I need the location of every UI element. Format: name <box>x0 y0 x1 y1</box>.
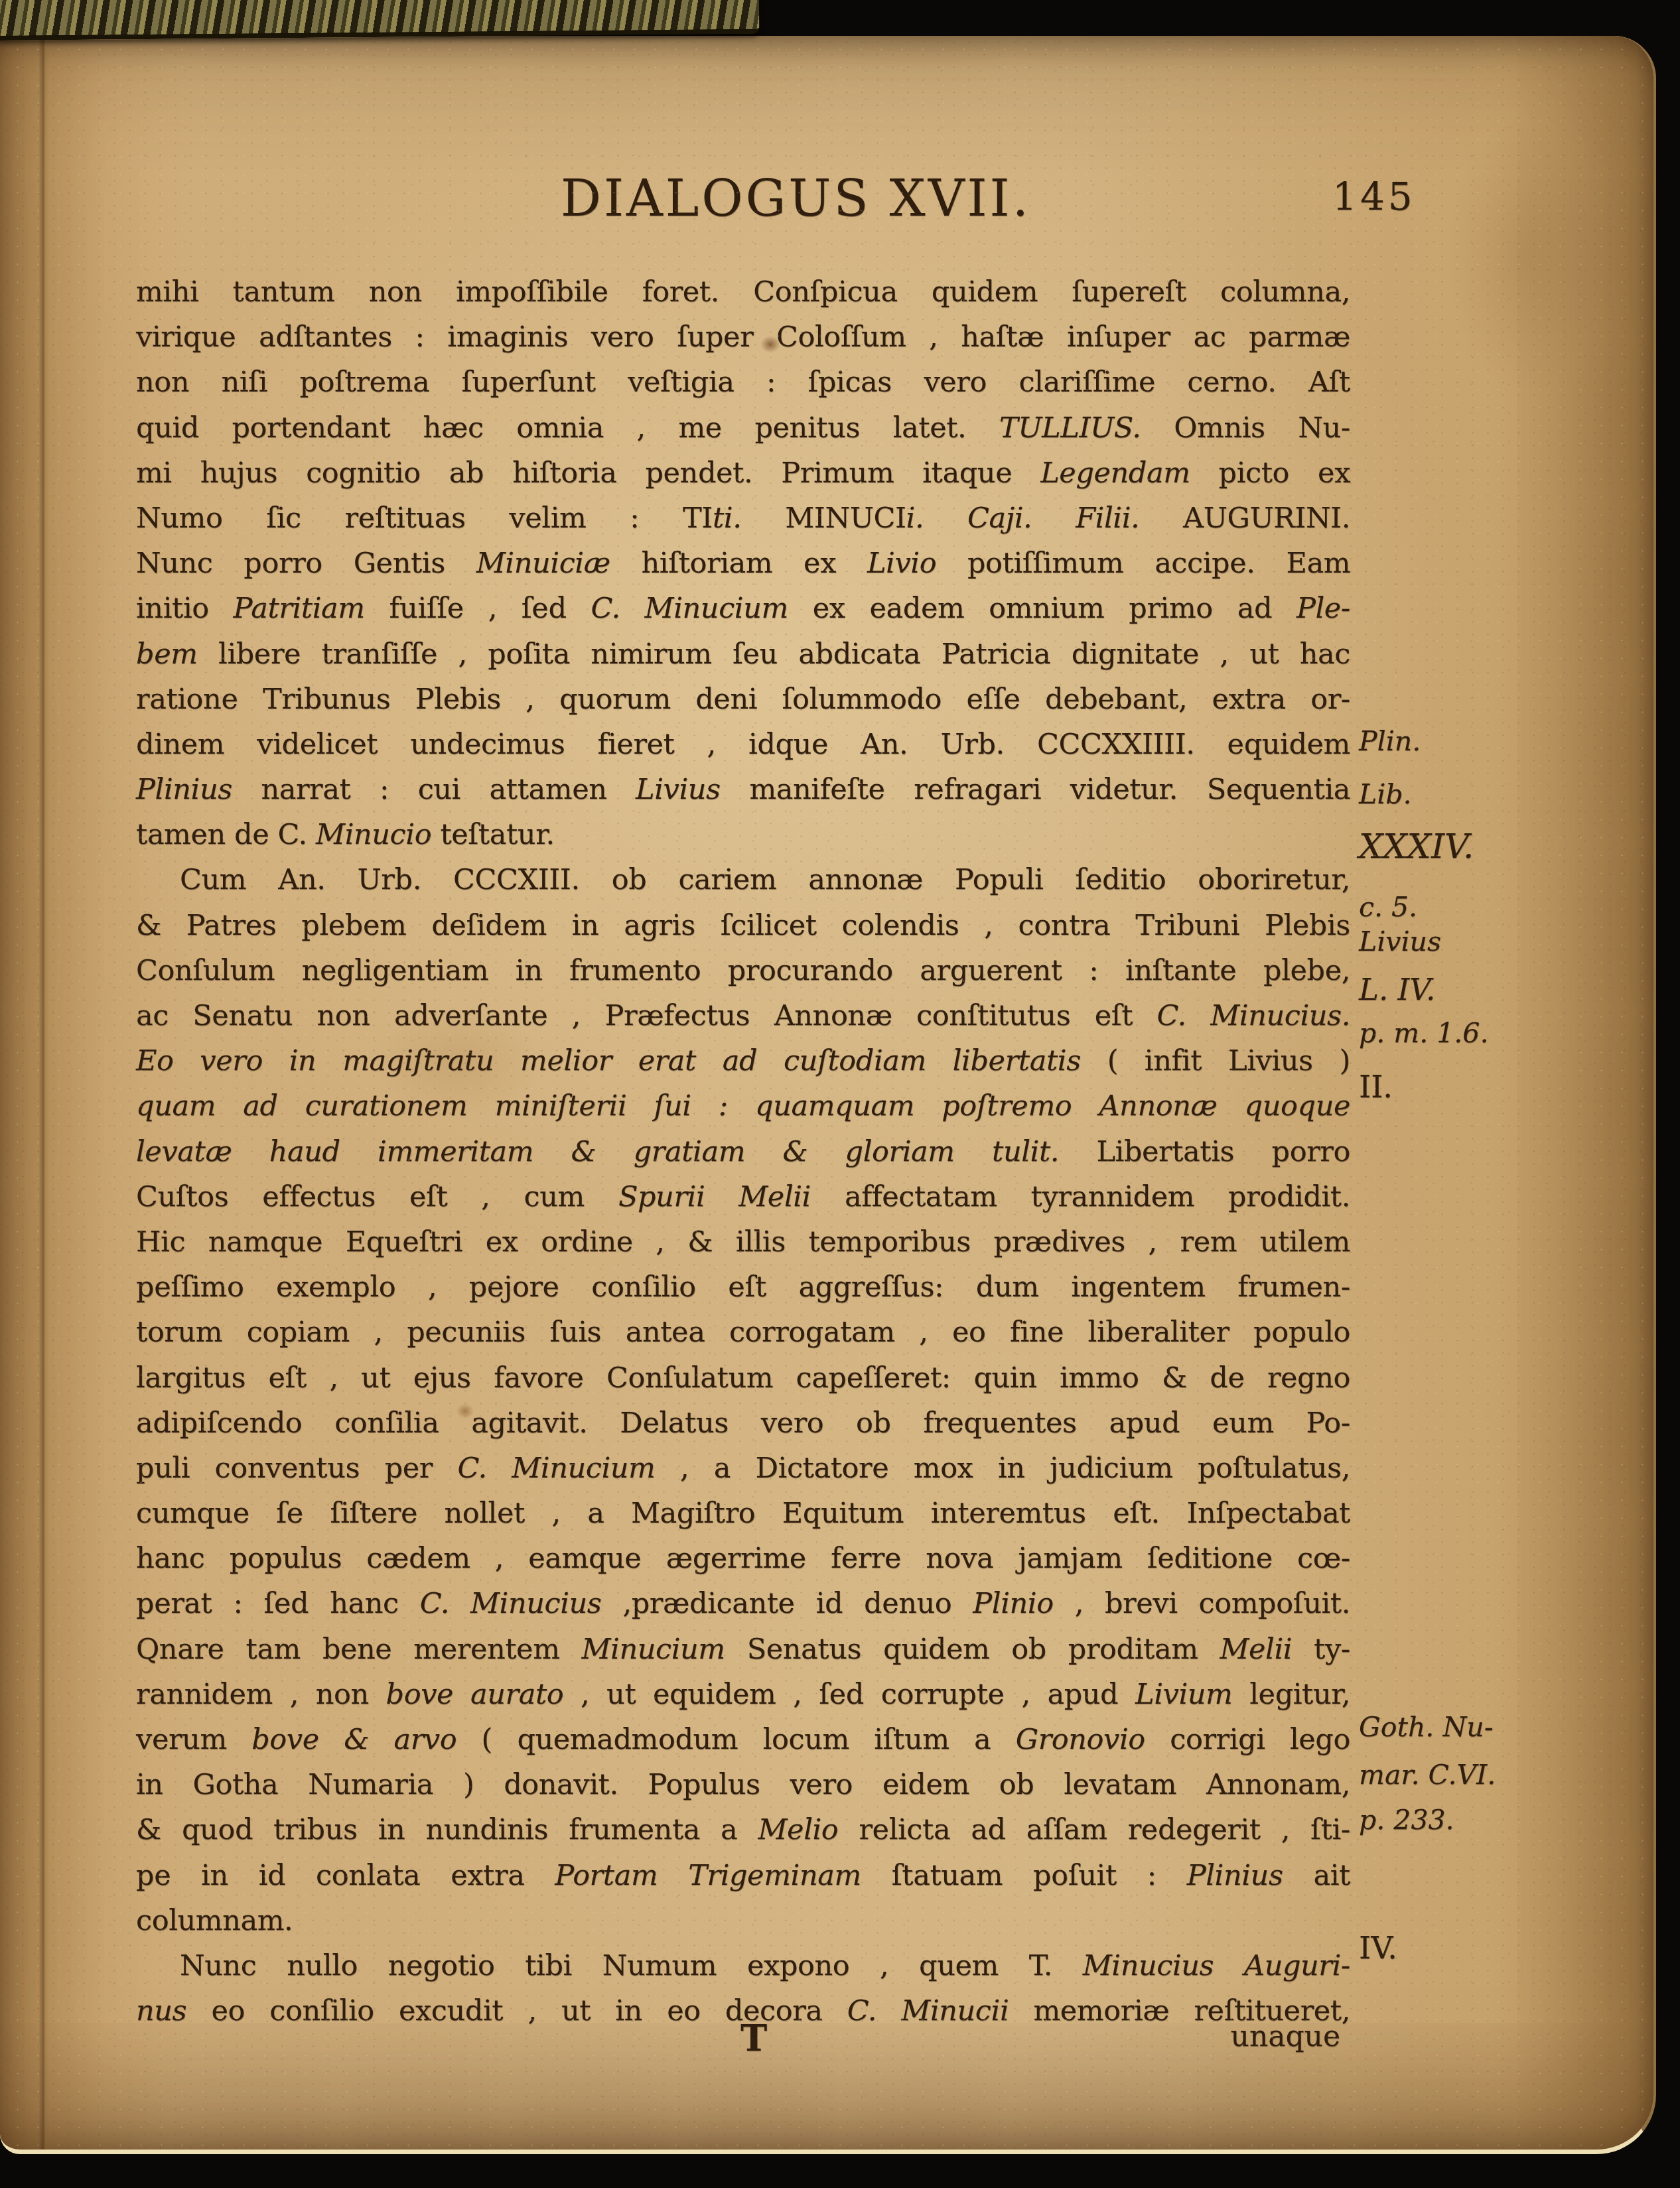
book-page: DIALOGUS XVII. 145 mihi tantum non impoſ… <box>0 36 1656 2154</box>
margin-note: mar. C.VI. <box>1359 1761 1651 1789</box>
margin-note: Lib. <box>1359 780 1651 809</box>
margin-notes: Plin.Lib.XXXIV.c. 5.LiviusL. IV.p. m. 1.… <box>0 36 1653 2150</box>
margin-note: p. m. 1.6. <box>1359 1019 1651 1048</box>
margin-note: p. 233. <box>1359 1806 1651 1834</box>
margin-note: II. <box>1359 1071 1651 1103</box>
margin-note: c. 5. <box>1359 893 1651 922</box>
margin-note: XXXIV. <box>1359 829 1651 865</box>
catchword: unaque <box>1155 2019 1340 2053</box>
margin-note: Plin. <box>1359 727 1651 756</box>
margin-note: IV. <box>1359 1932 1651 1964</box>
signature-mark: T <box>740 2017 767 2059</box>
margin-note: Goth. Nu- <box>1359 1713 1651 1742</box>
margin-note: L. IV. <box>1359 974 1651 1005</box>
book-scan: DIALOGUS XVII. 145 mihi tantum non impoſ… <box>0 0 1680 2188</box>
margin-note: Livius <box>1359 927 1651 956</box>
book-headband <box>0 0 760 40</box>
